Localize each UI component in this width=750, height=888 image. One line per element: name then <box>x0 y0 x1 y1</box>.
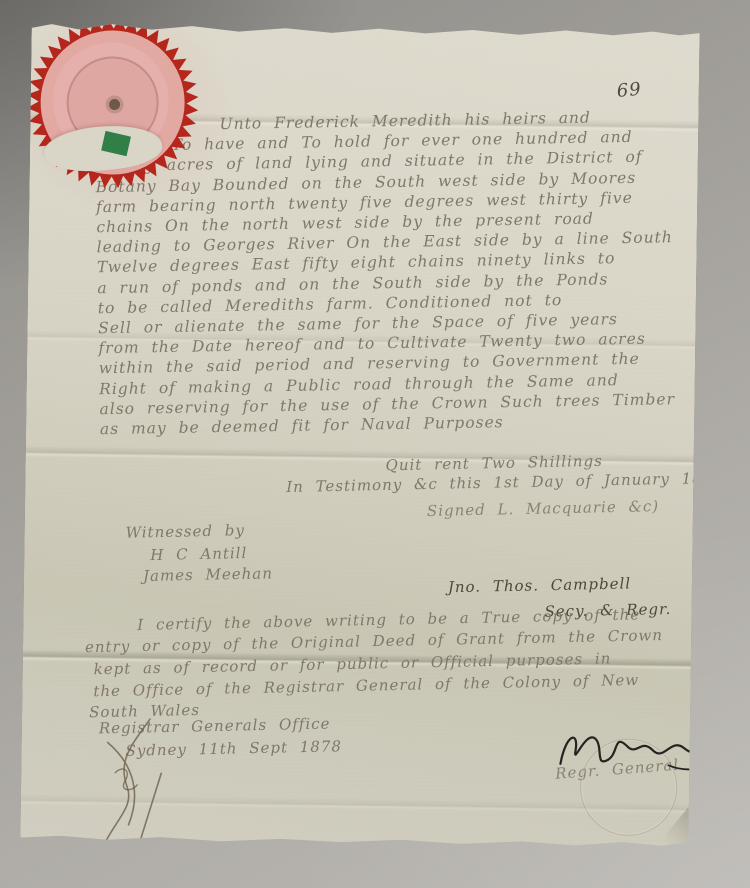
page-number: 69 <box>616 79 643 102</box>
signature-stroke <box>560 737 718 766</box>
signature-flourish <box>668 760 720 770</box>
ribbon-fragment <box>101 131 131 156</box>
green-ribbon-icon <box>94 126 141 169</box>
photograph-background: 69 Unto Frederick Meredith his heirs and… <box>0 0 750 888</box>
witnessed-by-heading: Witnessed by <box>125 521 245 541</box>
registrar-signature-icon <box>550 718 726 782</box>
witness-name-antill: H C Antill <box>150 544 247 564</box>
witness-name-meehan: James Meehan <box>143 564 273 585</box>
quit-rent-line: Quit rent Two Shillings <box>385 452 603 475</box>
docket-scribble-icon <box>72 708 189 860</box>
deed-document-page: 69 Unto Frederick Meredith his heirs and… <box>20 21 699 848</box>
signed-macquarie-line: Signed L. Macquarie &c) <box>427 497 660 520</box>
docket-strokes <box>102 718 162 849</box>
testimony-line: In Testimony &c this 1st Day of January … <box>286 469 724 496</box>
secretary-signature: Jno. Thos. Campbell <box>448 574 632 596</box>
